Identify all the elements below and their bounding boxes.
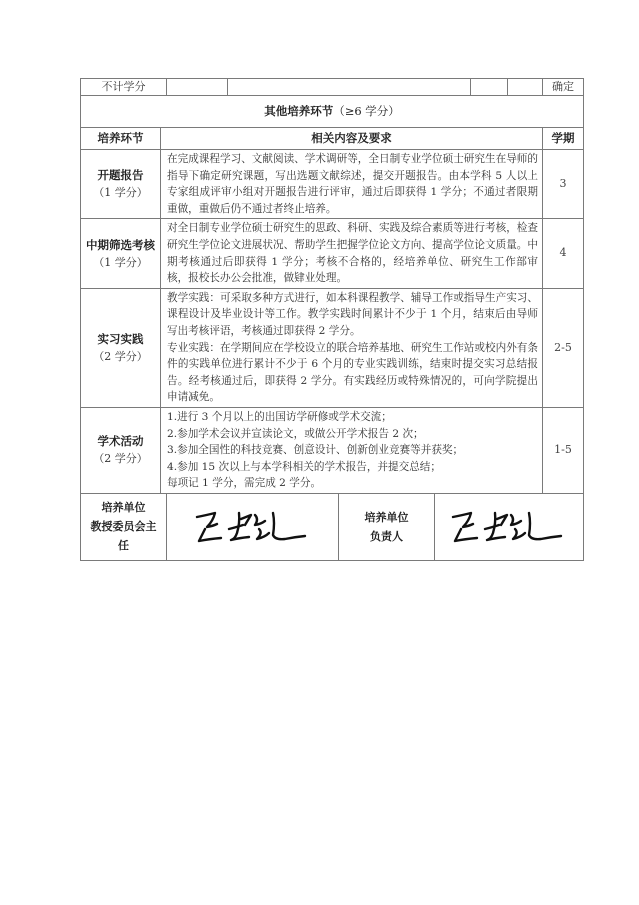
leader-label-cell: 培养单位 负责人 xyxy=(339,493,435,560)
signature-table: 培养单位 教授委员会主 任 王志强（手写签名） xyxy=(80,493,584,561)
leader-label-line1: 培养单位 xyxy=(339,508,434,527)
signature-row: 培养单位 教授委员会主 任 王志强（手写签名） xyxy=(81,493,584,560)
committee-label-line1: 培养单位 xyxy=(81,498,166,517)
document-page: 不计学分 确定 其他培养环节（≥6 学分） 培养环节 相关内容及要求 学期 xyxy=(80,78,583,561)
handwritten-signature-icon xyxy=(193,507,313,547)
stage-credit: （2 学分） xyxy=(81,450,160,467)
activity-item-4: 4.参加 15 次以上与本学科相关的学术报告，并提交总结； xyxy=(167,459,538,476)
stage-credit: （2 学分） xyxy=(81,348,160,365)
no-credit-label: 不计学分 xyxy=(81,79,167,96)
table-row: 中期筛选考核 （1 学分） 对全日制专业学位硕士研究生的思政、科研、实践及综合素… xyxy=(81,219,584,288)
committee-label-line3: 任 xyxy=(81,536,166,555)
section-title: 其他培养环节（≥6 学分） xyxy=(81,96,584,128)
table-row: 开题报告 （1 学分） 在完成课程学习、文献阅读、学术调研等，全日制专业学位硕士… xyxy=(81,150,584,219)
stage-term: 3 xyxy=(543,150,584,219)
activity-item-2: 2.参加学术会议并宣读论文，或做公开学术报告 2 次； xyxy=(167,426,538,443)
stage-term: 1-5 xyxy=(543,407,584,493)
stage-name-cell: 中期筛选考核 （1 学分） xyxy=(81,219,161,288)
table-header-row: 培养环节 相关内容及要求 学期 xyxy=(81,128,584,150)
stage-name: 中期筛选考核 xyxy=(81,237,160,254)
table-row: 实习实践 （2 学分） 教学实践：可采取多种方式进行，如本科课程教学、辅导工作或… xyxy=(81,288,584,407)
empty-cell xyxy=(228,79,471,96)
stage-name: 实习实践 xyxy=(81,331,160,348)
status-cell: 确定 xyxy=(543,79,584,96)
credit-summary-table: 不计学分 确定 xyxy=(80,78,584,96)
activity-credit-note: 每项记 1 学分，需完成 2 学分。 xyxy=(167,475,538,492)
section-requirement: （≥6 学分） xyxy=(333,104,400,118)
stage-content-cell: 1.进行 3 个月以上的出国访学研修或学术交流； 2.参加学术会议并宣读论文，或… xyxy=(161,407,543,493)
stage-term: 4 xyxy=(543,219,584,288)
section-title-row: 其他培养环节（≥6 学分） xyxy=(81,96,584,128)
stage-name: 开题报告 xyxy=(81,167,160,184)
committee-label-line2: 教授委员会主 xyxy=(81,517,166,536)
stage-name-cell: 开题报告 （1 学分） xyxy=(81,150,161,219)
stage-name-cell: 学术活动 （2 学分） xyxy=(81,407,161,493)
stage-credit: （1 学分） xyxy=(81,254,160,271)
stage-content-cell: 在完成课程学习、文献阅读、学术调研等，全日制专业学位硕士研究生在导师的指导下确定… xyxy=(161,150,543,219)
stage-name: 学术活动 xyxy=(81,433,160,450)
stage-content-text: 在完成课程学习、文献阅读、学术调研等，全日制专业学位硕士研究生在导师的指导下确定… xyxy=(167,151,538,217)
professional-practice-text: 专业实践：在学期间应在学校设立的联合培养基地、研究生工作站或校内外有条件的实践单… xyxy=(167,340,538,406)
stage-content-cell: 教学实践：可采取多种方式进行，如本科课程教学、辅导工作或指导生产实习、课程设计及… xyxy=(161,288,543,407)
empty-cell xyxy=(167,79,228,96)
section-title-text: 其他培养环节 xyxy=(264,104,333,118)
activity-item-3: 3.参加全国性的科技竞赛、创意设计、创新创业竞赛等并获奖； xyxy=(167,442,538,459)
committee-label-cell: 培养单位 教授委员会主 任 xyxy=(81,493,167,560)
header-content: 相关内容及要求 xyxy=(161,128,543,150)
header-term: 学期 xyxy=(543,128,584,150)
teaching-practice-text: 教学实践：可采取多种方式进行，如本科课程教学、辅导工作或指导生产实习、课程设计及… xyxy=(167,290,538,340)
stage-content-text: 对全日制专业学位硕士研究生的思政、科研、实践及综合素质等进行考核，检查研究生学位… xyxy=(167,220,538,286)
stage-content-cell: 对全日制专业学位硕士研究生的思政、科研、实践及综合素质等进行考核，检查研究生学位… xyxy=(161,219,543,288)
header-stage: 培养环节 xyxy=(81,128,161,150)
training-stages-table: 其他培养环节（≥6 学分） 培养环节 相关内容及要求 学期 开题报告 （1 学分… xyxy=(80,95,584,494)
stage-credit: （1 学分） xyxy=(81,184,160,201)
handwritten-signature-icon xyxy=(449,507,569,547)
empty-cell xyxy=(471,79,508,96)
table-row: 学术活动 （2 学分） 1.进行 3 个月以上的出国访学研修或学术交流； 2.参… xyxy=(81,407,584,493)
leader-signature-cell: 王志强（手写签名） xyxy=(435,493,584,560)
empty-cell xyxy=(508,79,543,96)
leader-label-line2: 负责人 xyxy=(339,527,434,546)
stage-term: 2-5 xyxy=(543,288,584,407)
stage-name-cell: 实习实践 （2 学分） xyxy=(81,288,161,407)
committee-signature-cell: 王志强（手写签名） xyxy=(167,493,339,560)
activity-item-1: 1.进行 3 个月以上的出国访学研修或学术交流； xyxy=(167,409,538,426)
no-credit-row: 不计学分 确定 xyxy=(81,79,584,96)
